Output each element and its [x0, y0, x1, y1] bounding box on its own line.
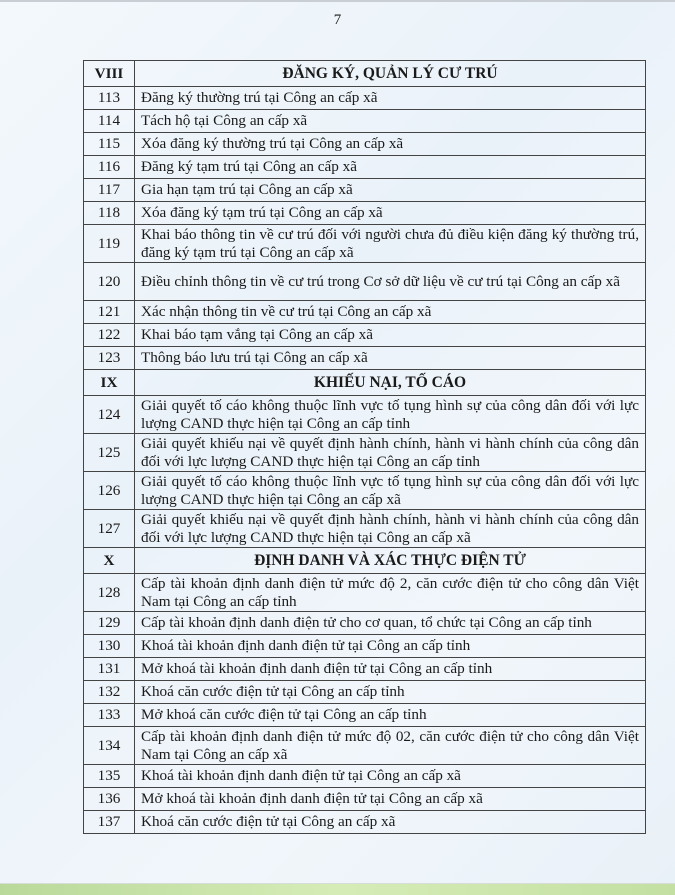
- row-text: Cấp tài khoản định danh điện tử mức độ 2…: [135, 574, 646, 612]
- page-number: 7: [0, 12, 675, 29]
- row-text: Khai báo thông tin về cư trú đối với ngư…: [135, 225, 646, 263]
- row-number: 131: [84, 658, 135, 681]
- row-number: 124: [84, 396, 135, 434]
- section-header-viii: VIII ĐĂNG KÝ, QUẢN LÝ CƯ TRÚ: [84, 61, 646, 87]
- row-number: 119: [84, 225, 135, 263]
- row-text: Mở khoá tài khoản định danh điện tử tại …: [135, 788, 646, 811]
- row-number: 122: [84, 324, 135, 347]
- table-row: 116Đăng ký tạm trú tại Công an cấp xã: [84, 156, 646, 179]
- table-row: 127Giải quyết khiếu nại về quyết định hà…: [84, 510, 646, 548]
- row-number: 136: [84, 788, 135, 811]
- table-row: 133Mở khoá căn cước điện tử tại Công an …: [84, 704, 646, 727]
- row-number: 129: [84, 612, 135, 635]
- row-number: 113: [84, 87, 135, 110]
- row-number: 115: [84, 133, 135, 156]
- row-text: Xác nhận thông tin về cư trú tại Công an…: [135, 301, 646, 324]
- table-row: 118Xóa đăng ký tạm trú tại Công an cấp x…: [84, 202, 646, 225]
- row-text: Cấp tài khoản định danh điện tử mức độ 0…: [135, 727, 646, 765]
- row-number: 118: [84, 202, 135, 225]
- row-text: Điều chỉnh thông tin về cư trú trong Cơ …: [135, 263, 646, 301]
- row-text: Khoá căn cước điện tử tại Công an cấp tỉ…: [135, 681, 646, 704]
- table-row: 113Đăng ký thường trú tại Công an cấp xã: [84, 87, 646, 110]
- row-number: 116: [84, 156, 135, 179]
- row-number: 135: [84, 765, 135, 788]
- table-row: 124Giải quyết tố cáo không thuộc lĩnh vự…: [84, 396, 646, 434]
- row-text: Giải quyết tố cáo không thuộc lĩnh vực t…: [135, 472, 646, 510]
- row-text: Khoá tài khoản định danh điện tử tại Côn…: [135, 765, 646, 788]
- table-row: 117Gia hạn tạm trú tại Công an cấp xã: [84, 179, 646, 202]
- row-text: Xóa đăng ký tạm trú tại Công an cấp xã: [135, 202, 646, 225]
- table-row: 137Khoá căn cước điện tử tại Công an cấp…: [84, 811, 646, 834]
- table-row: 121Xác nhận thông tin về cư trú tại Công…: [84, 301, 646, 324]
- section-code: X: [84, 548, 135, 574]
- table-row: 115Xóa đăng ký thường trú tại Công an cấ…: [84, 133, 646, 156]
- table-row: 114Tách hộ tại Công an cấp xã: [84, 110, 646, 133]
- row-number: 120: [84, 263, 135, 301]
- table-row: 130Khoá tài khoản định danh điện tử tại …: [84, 635, 646, 658]
- row-text: Gia hạn tạm trú tại Công an cấp xã: [135, 179, 646, 202]
- table-row: 128Cấp tài khoản định danh điện tử mức đ…: [84, 574, 646, 612]
- row-text: Khai báo tạm vắng tại Công an cấp xã: [135, 324, 646, 347]
- row-number: 121: [84, 301, 135, 324]
- row-text: Tách hộ tại Công an cấp xã: [135, 110, 646, 133]
- table-row: 120Điều chỉnh thông tin về cư trú trong …: [84, 263, 646, 301]
- table-row: 136Mở khoá tài khoản định danh điện tử t…: [84, 788, 646, 811]
- row-text: Khoá tài khoản định danh điện tử tại Côn…: [135, 635, 646, 658]
- row-text: Đăng ký tạm trú tại Công an cấp xã: [135, 156, 646, 179]
- table-row: 125Giải quyết khiếu nại về quyết định hà…: [84, 434, 646, 472]
- row-number: 133: [84, 704, 135, 727]
- row-text: Thông báo lưu trú tại Công an cấp xã: [135, 347, 646, 370]
- row-text: Giải quyết khiếu nại về quyết định hành …: [135, 434, 646, 472]
- row-number: 125: [84, 434, 135, 472]
- document-page: 7 VIII ĐĂNG KÝ, QUẢN LÝ CƯ TRÚ 113Đăng k…: [0, 0, 675, 883]
- bottom-strip: [0, 883, 675, 895]
- row-number: 126: [84, 472, 135, 510]
- row-number: 130: [84, 635, 135, 658]
- row-text: Giải quyết khiếu nại về quyết định hành …: [135, 510, 646, 548]
- section-header-ix: IX KHIẾU NẠI, TỐ CÁO: [84, 370, 646, 396]
- row-text: Mở khoá căn cước điện tử tại Công an cấp…: [135, 704, 646, 727]
- section-header-x: X ĐỊNH DANH VÀ XÁC THỰC ĐIỆN TỬ: [84, 548, 646, 574]
- row-text: Giải quyết tố cáo không thuộc lĩnh vực t…: [135, 396, 646, 434]
- table-row: 126Giải quyết tố cáo không thuộc lĩnh vự…: [84, 472, 646, 510]
- row-number: 134: [84, 727, 135, 765]
- row-number: 123: [84, 347, 135, 370]
- table-row: 129Cấp tài khoản định danh điện tử cho c…: [84, 612, 646, 635]
- table-row: 119Khai báo thông tin về cư trú đối với …: [84, 225, 646, 263]
- row-text: Xóa đăng ký thường trú tại Công an cấp x…: [135, 133, 646, 156]
- row-text: Mở khoá tài khoản định danh điện tử tại …: [135, 658, 646, 681]
- section-title: ĐỊNH DANH VÀ XÁC THỰC ĐIỆN TỬ: [135, 548, 646, 574]
- row-number: 114: [84, 110, 135, 133]
- row-text: Cấp tài khoản định danh điện tử cho cơ q…: [135, 612, 646, 635]
- row-number: 137: [84, 811, 135, 834]
- table-row: 131Mở khoá tài khoản định danh điện tử t…: [84, 658, 646, 681]
- table-row: 123Thông báo lưu trú tại Công an cấp xã: [84, 347, 646, 370]
- section-title: KHIẾU NẠI, TỐ CÁO: [135, 370, 646, 396]
- row-number: 132: [84, 681, 135, 704]
- row-number: 117: [84, 179, 135, 202]
- table-row: 122Khai báo tạm vắng tại Công an cấp xã: [84, 324, 646, 347]
- top-border: [0, 0, 675, 2]
- section-title: ĐĂNG KÝ, QUẢN LÝ CƯ TRÚ: [135, 61, 646, 87]
- row-text: Khoá căn cước điện tử tại Công an cấp xã: [135, 811, 646, 834]
- table-row: 135Khoá tài khoản định danh điện tử tại …: [84, 765, 646, 788]
- row-number: 128: [84, 574, 135, 612]
- section-code: VIII: [84, 61, 135, 87]
- row-number: 127: [84, 510, 135, 548]
- section-code: IX: [84, 370, 135, 396]
- table-row: 134Cấp tài khoản định danh điện tử mức đ…: [84, 727, 646, 765]
- row-text: Đăng ký thường trú tại Công an cấp xã: [135, 87, 646, 110]
- procedures-table: VIII ĐĂNG KÝ, QUẢN LÝ CƯ TRÚ 113Đăng ký …: [83, 60, 646, 834]
- table-row: 132Khoá căn cước điện tử tại Công an cấp…: [84, 681, 646, 704]
